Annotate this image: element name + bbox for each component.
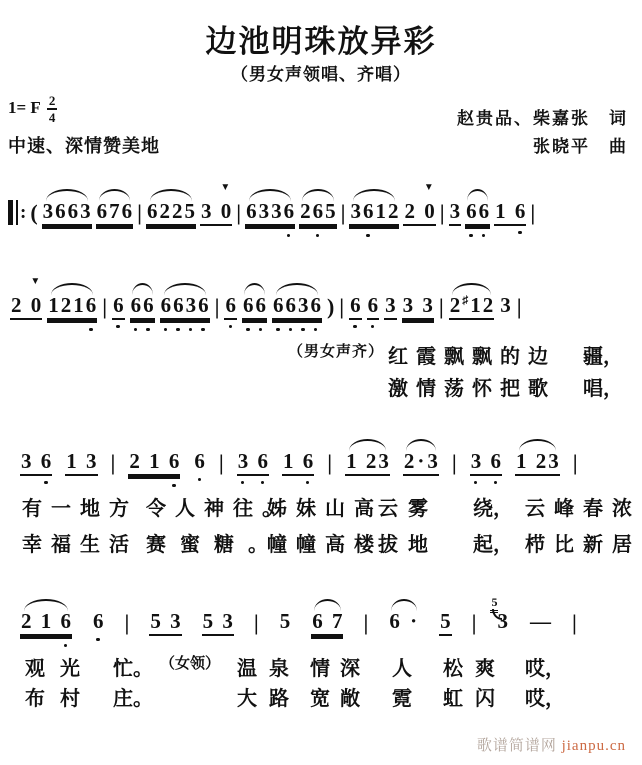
barline: | xyxy=(439,282,444,320)
note-group: 3 xyxy=(499,282,512,317)
note-digit: 6 xyxy=(311,610,324,633)
note-digit: 3 xyxy=(402,294,415,317)
note-digit: 2 xyxy=(20,610,33,633)
note-space xyxy=(78,450,85,473)
note-digit: 6 xyxy=(465,200,478,223)
lyric-text: 布村 xyxy=(25,682,95,711)
note-digit: 6 xyxy=(272,294,285,317)
note-digits: 3663 xyxy=(42,200,92,226)
note-digit: 2 xyxy=(299,200,312,223)
augmentation-dot: · xyxy=(415,450,426,473)
note-space xyxy=(141,450,148,473)
note-digit: 3 xyxy=(20,450,33,473)
note-group: 265 xyxy=(299,188,337,226)
note-group: 676 xyxy=(96,188,134,226)
note-digit: 2 xyxy=(403,450,416,473)
note-digit: 3 xyxy=(426,450,439,473)
note-space xyxy=(23,294,30,317)
note-group: 3 6 xyxy=(20,438,52,476)
note-digits: 3612 xyxy=(349,200,399,226)
note-space xyxy=(416,200,423,223)
note-space xyxy=(401,610,408,633)
barline: | xyxy=(219,438,224,476)
note-digits: 3 3 xyxy=(402,294,434,320)
note-group: 1 23 xyxy=(345,438,390,476)
note-digits: 1216 xyxy=(47,294,97,320)
song-subtitle: （男女声领唱、齐唱） xyxy=(0,60,642,85)
note-group: 2 1 6 xyxy=(128,438,180,476)
note-group: 2 1 6 xyxy=(20,598,72,636)
note-digits: 5 xyxy=(439,610,452,636)
note-digit: 2 xyxy=(535,450,548,473)
barline: | xyxy=(137,188,142,226)
barline: | xyxy=(125,598,130,636)
note-digits: 6336 xyxy=(245,200,295,226)
note-digit: 3 xyxy=(384,294,397,317)
barline: | xyxy=(254,598,259,636)
note-digit: 6 xyxy=(256,450,269,473)
note-group: 53 xyxy=(496,598,509,633)
note-digit: 1 xyxy=(72,294,85,317)
note-digit: 2 xyxy=(10,294,23,317)
note-group: 1 6 xyxy=(282,438,314,476)
note-group: 2·3 xyxy=(403,438,439,476)
note-digit: 3 xyxy=(377,450,390,473)
note-group: — xyxy=(529,598,552,633)
note-digits: 3 xyxy=(496,610,509,633)
lyric-text: 绕， xyxy=(473,492,513,521)
note-digit: 1 xyxy=(65,450,78,473)
lyric-text: 宽敞 xyxy=(310,682,370,711)
music-line: ▼2 01216|6666636|6666636)|6633 3|2♯123| xyxy=(10,282,522,320)
barline: | xyxy=(327,438,332,476)
tempo-marking: 中速、深情赞美地 xyxy=(8,132,160,158)
note-digit: 3 xyxy=(221,610,234,633)
barline: | xyxy=(440,188,445,226)
lyric-text: 忙。 xyxy=(113,652,153,681)
note-digit: 1 xyxy=(40,610,53,633)
note-digit: 6 xyxy=(142,294,155,317)
note-digit: 6 xyxy=(302,450,315,473)
music-line: :(3663676|6225▼3 0|6336265|3612▼2 0|3661… xyxy=(8,188,535,226)
note-digits: 5 3 xyxy=(202,610,234,636)
note-group: 5 xyxy=(279,598,292,633)
note-group: 3 6 xyxy=(237,438,269,476)
note-group: 6636 xyxy=(160,282,210,320)
note-space xyxy=(294,450,301,473)
note-digit: 3 xyxy=(169,610,182,633)
note-digits: 3 6 xyxy=(20,450,52,476)
watermark: 歌谱简谱网 jianpu.cn xyxy=(477,734,626,755)
note-digits: 6636 xyxy=(272,294,322,320)
note-digit: 5 xyxy=(202,610,215,633)
lyric-text: 姊妹山高 xyxy=(267,492,383,521)
note-digits: 66 xyxy=(242,294,267,320)
note-digits: 66 xyxy=(130,294,155,320)
note-group: 3 xyxy=(449,188,462,226)
lyric-text: 虹 xyxy=(443,682,463,711)
barline: | xyxy=(236,188,241,226)
note-digits: 3 xyxy=(384,294,397,320)
note-digits: 3 xyxy=(499,294,512,317)
accent-mark: ▼ xyxy=(424,183,434,193)
lyric-text: 云峰春浓 xyxy=(525,492,641,521)
note-digit: 2 xyxy=(159,200,172,223)
note-digits: 3 xyxy=(449,200,462,226)
note-digit: 6 xyxy=(96,200,109,223)
music-line: 3 61 3|2 1 66|3 61 6|1 232·3|3 61 23| xyxy=(20,438,578,476)
composer-credit: 张晓平 曲 xyxy=(533,132,628,157)
note-group: 3 xyxy=(384,282,397,320)
note-digit: 6 xyxy=(92,610,105,633)
note-digit: 2 xyxy=(171,200,184,223)
note-digits: 6 xyxy=(92,610,105,633)
key-label: 1= F xyxy=(8,98,41,117)
note-digit: 6 xyxy=(40,450,53,473)
note-digit: 6 xyxy=(130,294,143,317)
note-digit: 6 xyxy=(362,200,375,223)
lyric-text: 幸福生活 xyxy=(22,528,138,557)
note-group: ▼2 0 xyxy=(10,282,42,320)
note-digit: 6 xyxy=(489,450,502,473)
note-space xyxy=(249,450,256,473)
note-digit: 1 xyxy=(469,294,482,317)
dash-note: — xyxy=(529,610,552,633)
lyric-text: 哎， xyxy=(525,652,565,681)
note-digit: 5 xyxy=(184,200,197,223)
note-digit: 6 xyxy=(60,610,73,633)
note-group: 6636 xyxy=(272,282,322,320)
note-digit: 3 xyxy=(421,294,434,317)
accent-mark: ▼ xyxy=(220,183,230,193)
note-group: 3 3 xyxy=(402,282,434,320)
note-digit: 6 xyxy=(478,200,491,223)
barline: | xyxy=(339,282,344,320)
note-digits: 2 0 xyxy=(403,200,435,226)
lyric-text: 拔地 xyxy=(378,528,438,557)
lyric-text: （男女声齐） xyxy=(288,340,384,361)
note-group: 1216 xyxy=(47,282,97,320)
note-group: 66 xyxy=(242,282,267,320)
note-group: 1 6 xyxy=(494,188,526,226)
note-digits: 1 23 xyxy=(515,450,560,476)
note-digit: 3 xyxy=(349,200,362,223)
note-digit: 6 xyxy=(112,294,125,317)
note-digit: 6 xyxy=(67,200,80,223)
note-digits: 2♯12 xyxy=(449,294,495,320)
note-digit: 3 xyxy=(237,450,250,473)
note-digit: 6 xyxy=(283,200,296,223)
note-digit: 1 xyxy=(345,450,358,473)
note-digit: 6 xyxy=(388,610,401,633)
note-digit: 1 xyxy=(47,294,60,317)
lyric-text: 云雾 xyxy=(378,492,438,521)
note-group: 5 xyxy=(439,598,452,636)
note-digit: 0 xyxy=(220,200,233,223)
note-group: 6 xyxy=(112,282,125,320)
note-digit: 2 xyxy=(403,200,416,223)
note-digit: 6 xyxy=(349,294,362,317)
lyric-text: 疆， xyxy=(583,340,623,369)
note-digit: 7 xyxy=(108,200,121,223)
barline: | xyxy=(517,282,522,320)
note-digit: 3 xyxy=(449,200,462,223)
note-digit: 5 xyxy=(324,200,337,223)
note-digits: 6 7 xyxy=(311,610,343,636)
augmentation-dot: · xyxy=(408,610,419,633)
note-digits: 5 3 xyxy=(149,610,181,636)
note-digits: 1 6 xyxy=(494,200,526,226)
note-digit: 7 xyxy=(331,610,344,633)
note-digits: 1 6 xyxy=(282,450,314,476)
note-digit: 6 xyxy=(284,294,297,317)
note-digits: 6 · xyxy=(388,610,419,633)
note-space xyxy=(414,294,421,317)
note-digit: 3 xyxy=(185,294,198,317)
note-digits: 2·3 xyxy=(403,450,439,476)
note-digit: 1 xyxy=(494,200,507,223)
note-digit: 3 xyxy=(85,450,98,473)
note-space xyxy=(33,450,40,473)
note-digit: 3 xyxy=(200,200,213,223)
lyric-text: 庄。 xyxy=(113,682,153,711)
note-space xyxy=(162,610,169,633)
note-group: 3663 xyxy=(42,188,92,226)
note-group: 6225 xyxy=(146,188,196,226)
note-group: 6336 xyxy=(245,188,295,226)
note-digit: 2 xyxy=(449,294,462,317)
note-space xyxy=(161,450,168,473)
note-digit: 3 xyxy=(42,200,55,223)
barline: | xyxy=(102,282,107,320)
note-digit: 6 xyxy=(245,200,258,223)
note-digit: 0 xyxy=(423,200,436,223)
note-digit: 1 xyxy=(282,450,295,473)
sheet-music-page: 边池明珠放异彩 （男女声领唱、齐唱） 1= F24 中速、深情赞美地 赵贵品、柴… xyxy=(0,0,642,765)
lyric-text: 霓 xyxy=(392,682,412,711)
note-space xyxy=(33,610,40,633)
lyric-text: 栉比新居 xyxy=(525,528,641,557)
note-digits: 1 23 xyxy=(345,450,390,476)
note-digit: 3 xyxy=(79,200,92,223)
barline: | xyxy=(215,282,220,320)
note-space xyxy=(214,610,221,633)
note-digits: 1 3 xyxy=(65,450,97,476)
note-digit: 3 xyxy=(297,294,310,317)
note-group: 1 3 xyxy=(65,438,97,476)
note-digits: 2 0 xyxy=(10,294,42,320)
note-digits: 265 xyxy=(299,200,337,226)
note-group: 3612 xyxy=(349,188,399,226)
repeat-thick-bar xyxy=(8,200,13,225)
note-digit: 6 xyxy=(309,294,322,317)
time-signature-denominator: 4 xyxy=(47,110,58,124)
note-digit: 2 xyxy=(387,200,400,223)
time-signature: 24 xyxy=(47,94,58,124)
song-title: 边池明珠放异彩 xyxy=(0,16,642,61)
lyric-text: 红霞飘飘的边 xyxy=(388,340,556,369)
note-digit: 2 xyxy=(482,294,495,317)
lyric-text: 哎， xyxy=(525,682,565,711)
note-group: 1 23 xyxy=(515,438,560,476)
barline: | xyxy=(472,598,477,636)
note-group: 3 6 xyxy=(470,438,502,476)
note-digit: 5 xyxy=(149,610,162,633)
note-digits: 3 6 xyxy=(237,450,269,476)
music-line: 2 1 66|5 35 3|56 7|6 ·5|53—| xyxy=(20,598,577,636)
open-paren: ( xyxy=(30,188,37,226)
note-digit: 3 xyxy=(470,450,483,473)
note-space xyxy=(527,450,534,473)
note-digit: 6 xyxy=(54,200,67,223)
lyric-text: 起， xyxy=(473,528,513,557)
note-digit: 2 xyxy=(128,450,141,473)
note-group: 6 xyxy=(193,438,206,473)
repeat-open-sign: : xyxy=(8,188,26,225)
barline: | xyxy=(363,598,368,636)
lyric-text: 爽 xyxy=(475,652,495,681)
note-digits: 6 xyxy=(349,294,362,320)
note-digit: 6 xyxy=(193,450,206,473)
note-group: 66 xyxy=(465,188,490,226)
note-group: 6 7 xyxy=(311,598,343,636)
note-digit: 3 xyxy=(258,200,271,223)
note-space xyxy=(213,200,220,223)
note-digit: 3 xyxy=(496,610,509,633)
note-digits: 6 xyxy=(193,450,206,473)
note-space xyxy=(358,450,365,473)
note-group: 66 xyxy=(130,282,155,320)
note-digit: 6 xyxy=(242,294,255,317)
sharp-sign: ♯ xyxy=(461,294,469,307)
note-group: ▼2 0 xyxy=(403,188,435,226)
lyric-text: 赛蜜糖。 xyxy=(146,528,282,557)
note-digit: 6 xyxy=(514,200,527,223)
note-group: 2♯12 xyxy=(449,282,495,320)
note-digits: 5 xyxy=(279,610,292,633)
note-digit: 6 xyxy=(146,200,159,223)
watermark-url: jianpu.cn xyxy=(562,738,626,754)
note-digit: 6 xyxy=(254,294,267,317)
lyric-text: 唱， xyxy=(583,372,623,401)
barline: | xyxy=(530,188,535,226)
note-digits: 6 xyxy=(112,294,125,320)
note-digits: — xyxy=(529,610,552,633)
note-digit: 3 xyxy=(547,450,560,473)
note-digits: 676 xyxy=(96,200,134,226)
note-digits: 2 1 6 xyxy=(128,450,180,476)
lyric-text: 情深 xyxy=(310,652,370,681)
lyric-text: 激情荡怀把歌 xyxy=(388,372,556,401)
accent-mark: ▼ xyxy=(30,277,40,287)
note-digit: 3 xyxy=(499,294,512,317)
note-digits: 6 xyxy=(367,294,380,320)
note-group: 6 xyxy=(367,282,380,320)
lyric-text: 温泉 xyxy=(237,652,301,681)
note-group: 6 · xyxy=(388,598,419,633)
note-digit: 6 xyxy=(172,294,185,317)
repeat-thin-bar xyxy=(16,200,18,225)
note-digits: 2 1 6 xyxy=(20,610,72,636)
note-group: ▼3 0 xyxy=(200,188,232,226)
note-space xyxy=(482,450,489,473)
lyric-text: （女领） xyxy=(160,652,220,673)
note-digit: 1 xyxy=(374,200,387,223)
note-space xyxy=(324,610,331,633)
note-digit: 6 xyxy=(121,200,134,223)
note-digit: 2 xyxy=(60,294,73,317)
note-digits: 6225 xyxy=(146,200,196,226)
note-digit: 5 xyxy=(439,610,452,633)
note-digits: 6 xyxy=(224,294,237,320)
note-digit: 0 xyxy=(30,294,43,317)
note-digit: 6 xyxy=(224,294,237,317)
note-digit: 6 xyxy=(312,200,325,223)
lyric-text: 有一地方 xyxy=(22,492,138,521)
note-digit: 5 xyxy=(279,610,292,633)
lyric-text: 观光 xyxy=(25,652,95,681)
barline: | xyxy=(573,438,578,476)
lyricist-credit: 赵贵品、柴嘉张 词 xyxy=(457,104,628,129)
note-group: 5 3 xyxy=(202,598,234,636)
note-digit: 2 xyxy=(365,450,378,473)
lyric-text: 闪 xyxy=(475,682,495,711)
note-digit: 6 xyxy=(367,294,380,317)
note-digits: 3 6 xyxy=(470,450,502,476)
close-paren: ) xyxy=(327,282,334,320)
barline: | xyxy=(111,438,116,476)
note-digits: 6636 xyxy=(160,294,210,320)
barline: | xyxy=(341,188,346,226)
note-digits: 66 xyxy=(465,200,490,226)
note-group: 6 xyxy=(349,282,362,320)
time-signature-numerator: 2 xyxy=(47,94,58,110)
lyric-text: 幢幢高楼 xyxy=(267,528,383,557)
lyric-text: 松 xyxy=(443,652,463,681)
barline: | xyxy=(572,598,577,636)
key-signature: 1= F24 xyxy=(8,94,57,124)
lyric-text: 人 xyxy=(392,652,412,681)
barline: | xyxy=(452,438,457,476)
watermark-site-name: 歌谱简谱网 xyxy=(477,738,562,754)
note-digit: 6 xyxy=(160,294,173,317)
note-digit: 6 xyxy=(168,450,181,473)
lyric-text: 大路 xyxy=(237,682,301,711)
note-digit: 6 xyxy=(85,294,98,317)
note-space xyxy=(52,610,59,633)
note-digit: 3 xyxy=(270,200,283,223)
note-group: 6 xyxy=(224,282,237,320)
note-digit: 1 xyxy=(148,450,161,473)
note-digits: 3 0 xyxy=(200,200,232,226)
note-group: 5 3 xyxy=(149,598,181,636)
note-digit: 6 xyxy=(197,294,210,317)
repeat-colon: : xyxy=(20,200,26,225)
note-space xyxy=(507,200,514,223)
note-digit: 1 xyxy=(515,450,528,473)
note-group: 6 xyxy=(92,598,105,633)
